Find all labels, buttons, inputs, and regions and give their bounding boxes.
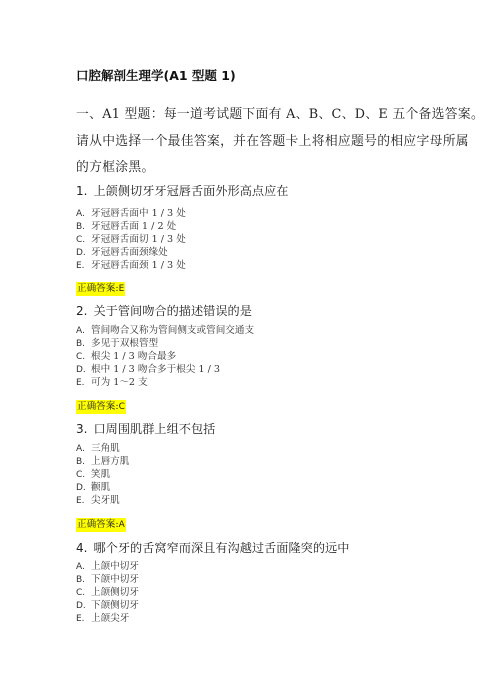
question-4-title: 4.哪个牙的舌窝窄而深且有沟越过舌面隆突的远中 bbox=[76, 539, 349, 556]
option-text: 尖牙肌 bbox=[91, 495, 120, 506]
question-text: 上颌侧切牙牙冠唇舌面外形高点应在 bbox=[93, 184, 288, 198]
option-b: B.牙冠唇舌面 1 / 2 处 bbox=[76, 218, 176, 232]
option-a: A.管间吻合又称为管间侧支或管间交通支 bbox=[76, 322, 254, 336]
option-c: C.笑肌 bbox=[76, 466, 110, 480]
question-1-title: 1.上颌侧切牙牙冠唇舌面外形高点应在 bbox=[76, 182, 288, 199]
option-b: B.上唇方肌 bbox=[76, 453, 129, 467]
option-b: B.多见于双根管型 bbox=[76, 335, 158, 349]
option-e: E.尖牙肌 bbox=[76, 492, 120, 506]
answer-value: C bbox=[119, 402, 125, 412]
option-c: C.根尖 1 / 3 吻合最多 bbox=[76, 348, 176, 362]
option-d: D.牙冠唇舌面颈缘处 bbox=[76, 244, 168, 258]
option-e: E.可为 1～2 支 bbox=[76, 374, 148, 388]
option-c: C.牙冠唇舌面切 1 / 3 处 bbox=[76, 231, 186, 245]
intro-line-1: 一、A1 型题：每一道考试题下面有 A、B、C、D、E 五个备选答案。 bbox=[76, 103, 484, 122]
correct-answer-1: 正确答案:E bbox=[76, 282, 125, 296]
option-a: A.三角肌 bbox=[76, 440, 120, 454]
option-text: 可为 1～2 支 bbox=[91, 377, 148, 388]
option-letter: E. bbox=[76, 496, 91, 506]
option-text: 牙冠唇舌面颈 1 / 3 处 bbox=[91, 260, 186, 271]
option-letter: E. bbox=[76, 261, 91, 271]
option-d: D.颧肌 bbox=[76, 479, 110, 493]
question-text: 哪个牙的舌窝窄而深且有沟越过舌面隆突的远中 bbox=[93, 541, 349, 555]
option-b: B.下颌中切牙 bbox=[76, 571, 139, 585]
correct-answer-3: 正确答案:A bbox=[76, 518, 126, 532]
option-a: A.牙冠唇舌面中 1 / 3 处 bbox=[76, 205, 186, 219]
option-letter: E. bbox=[76, 614, 91, 624]
question-2-title: 2.关于管间吻合的描述错误的是 bbox=[76, 302, 252, 319]
question-number: 4. bbox=[76, 541, 87, 555]
option-e: E.上颌尖牙 bbox=[76, 610, 129, 624]
question-text: 口周围肌群上组不包括 bbox=[93, 422, 215, 436]
answer-value: E bbox=[119, 284, 125, 294]
answer-label: 正确答案: bbox=[77, 401, 119, 412]
option-text: 上颌尖牙 bbox=[91, 613, 129, 624]
document-page: 口腔解剖生理学(A1 型题 1) 一、A1 型题：每一道考试题下面有 A、B、C… bbox=[0, 0, 500, 696]
question-number: 1. bbox=[76, 184, 87, 198]
option-c: C.上颌侧切牙 bbox=[76, 584, 139, 598]
option-e: E.牙冠唇舌面颈 1 / 3 处 bbox=[76, 257, 186, 271]
option-a: A.上颌中切牙 bbox=[76, 558, 139, 572]
question-text: 关于管间吻合的描述错误的是 bbox=[93, 304, 251, 318]
option-letter: E. bbox=[76, 378, 91, 388]
intro-line-3: 的方框涂黑。 bbox=[76, 156, 155, 175]
correct-answer-2: 正确答案:C bbox=[76, 400, 126, 414]
intro-line-2: 请从中选择一个最佳答案，并在答题卡上将相应题号的相应字母所属 bbox=[76, 130, 469, 149]
option-d: D.根中 1 / 3 吻合多于根尖 1 / 3 bbox=[76, 361, 220, 375]
document-title: 口腔解剖生理学(A1 型题 1) bbox=[76, 66, 236, 84]
question-number: 3. bbox=[76, 422, 87, 436]
question-number: 2. bbox=[76, 304, 87, 318]
answer-label: 正确答案: bbox=[77, 283, 119, 294]
answer-value: A bbox=[119, 520, 125, 530]
answer-label: 正确答案: bbox=[77, 519, 119, 530]
option-d: D.下颌侧切牙 bbox=[76, 597, 139, 611]
question-3-title: 3.口周围肌群上组不包括 bbox=[76, 420, 215, 437]
